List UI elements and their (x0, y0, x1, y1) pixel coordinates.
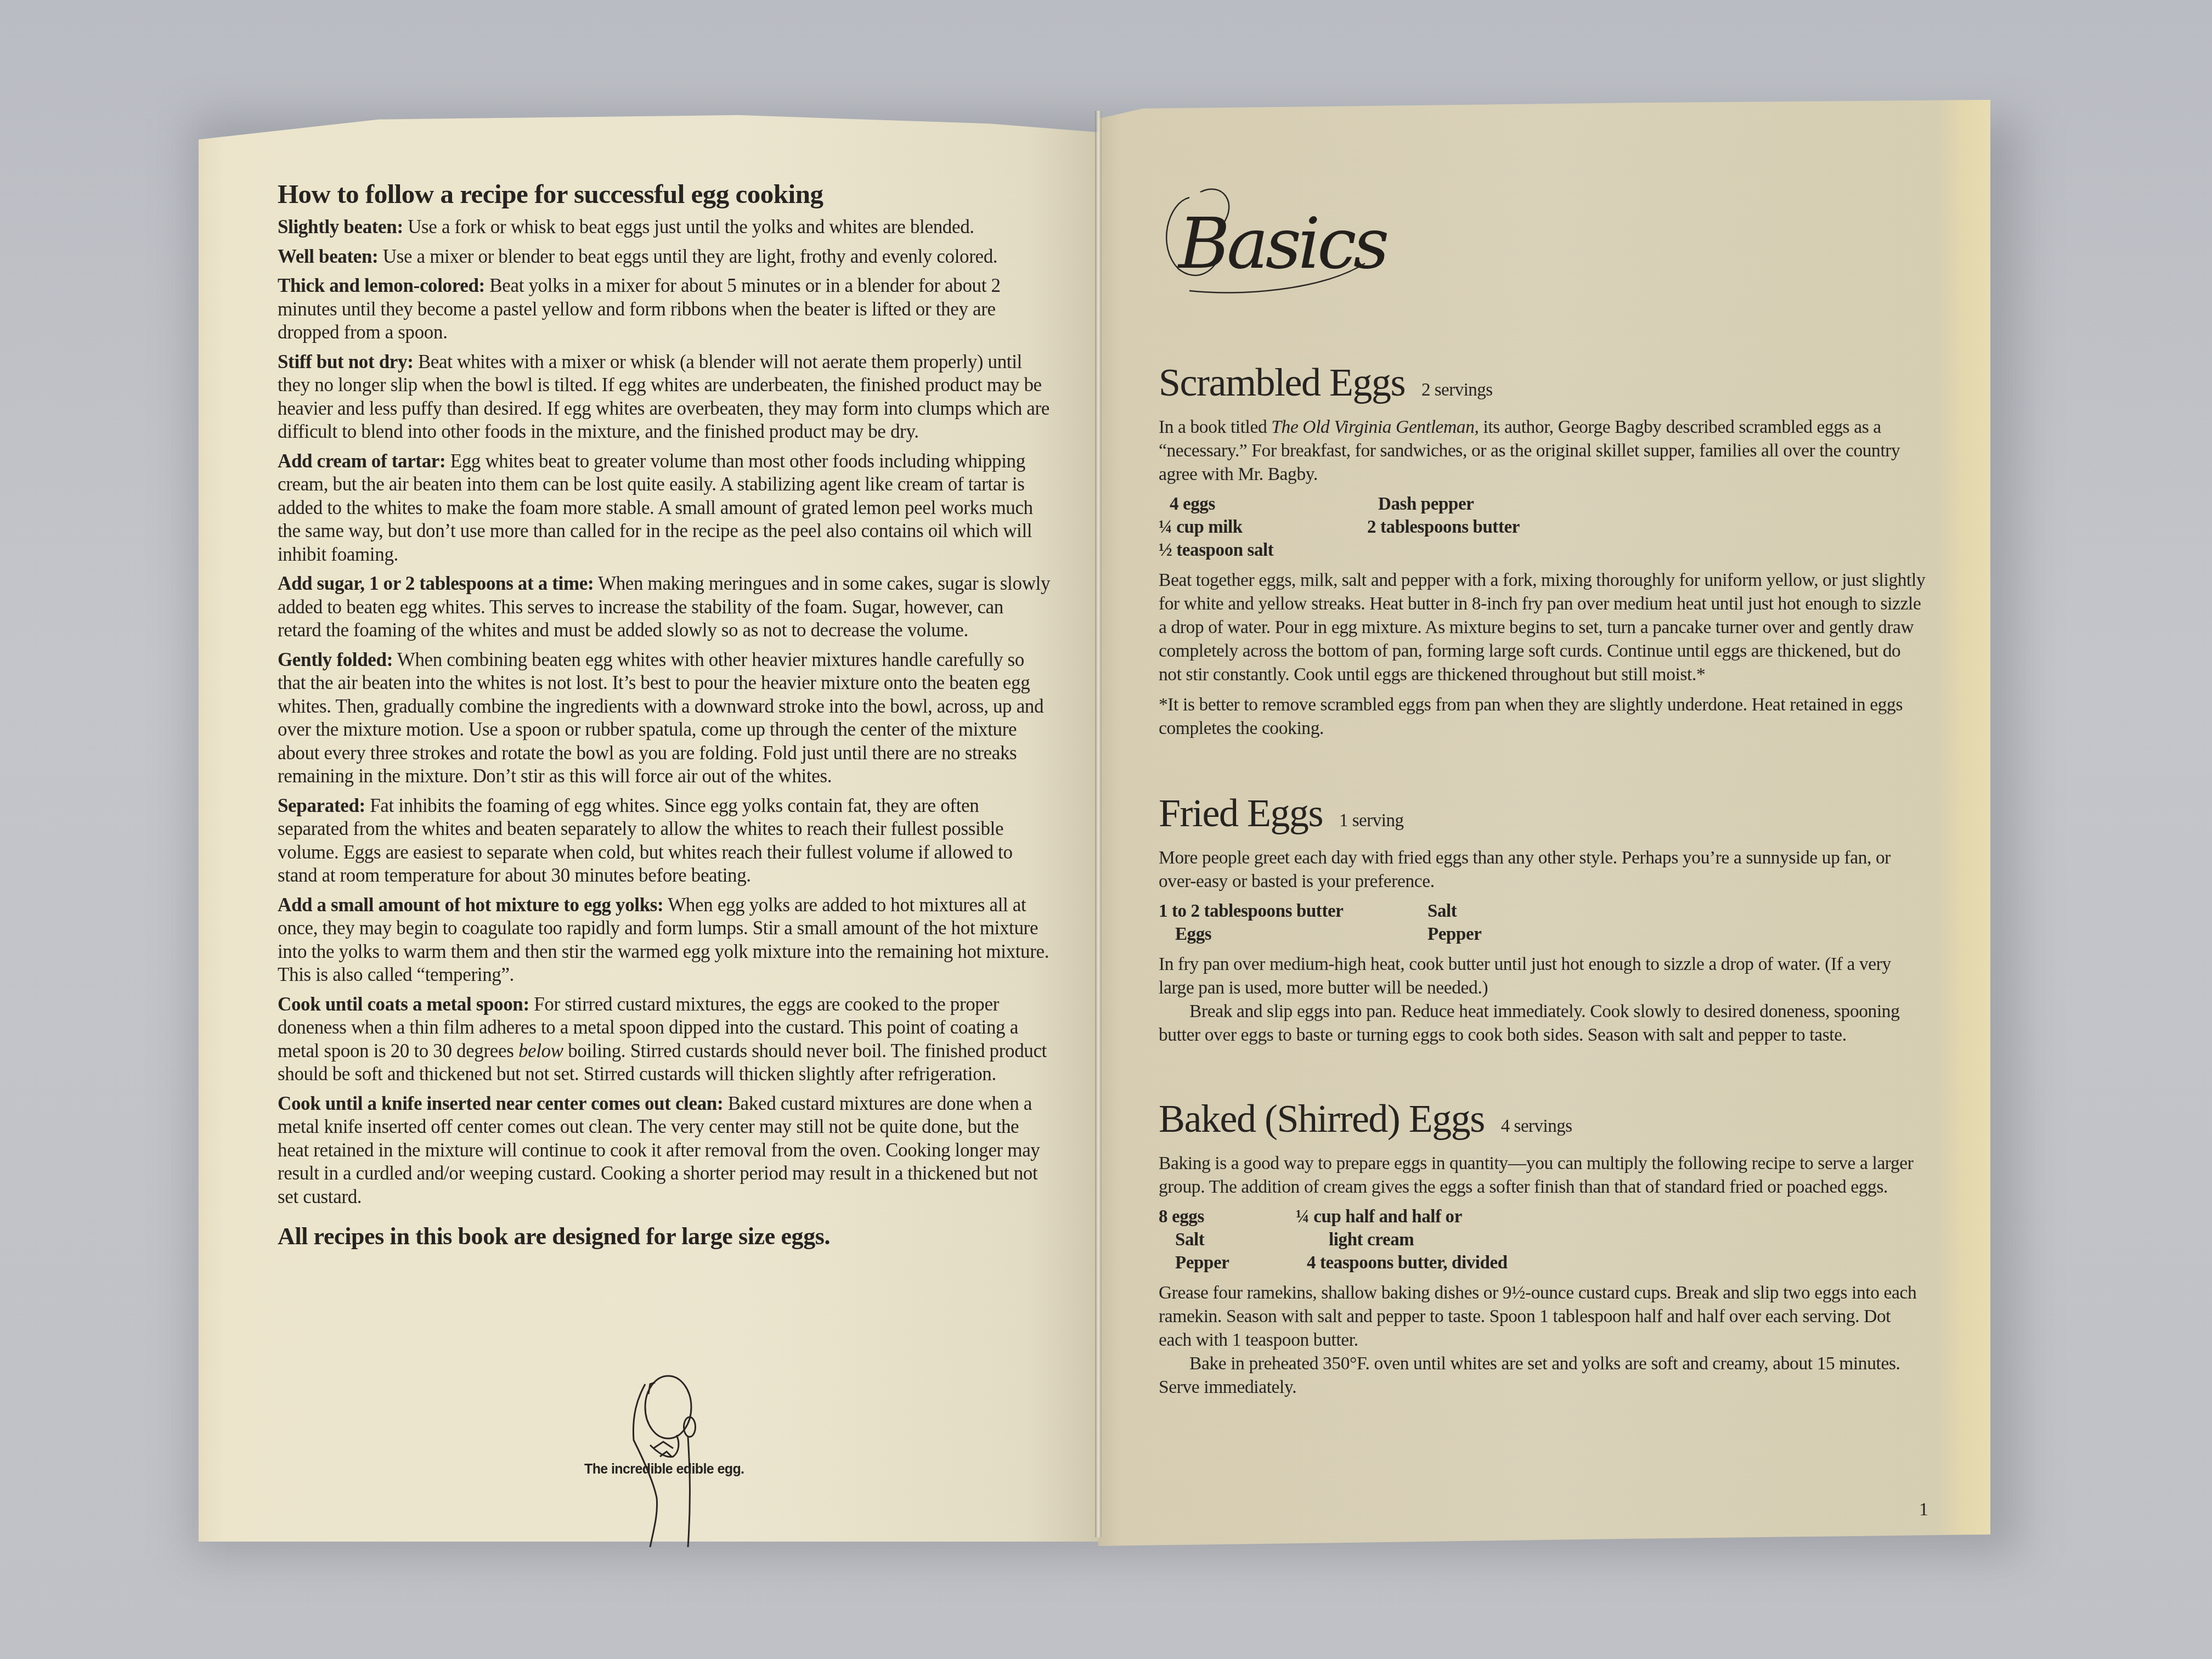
section-title: Basics (1156, 181, 1387, 307)
book-gutter (1095, 111, 1102, 1537)
page-number: 1 (1919, 1499, 1928, 1520)
ingredient: 1 to 2 tablespoons butter (1159, 900, 1427, 923)
tip-term: Stiff but not dry: (278, 351, 413, 373)
tip-item: Well beaten: Use a mixer or blender to b… (278, 245, 1051, 269)
intro-text: In a book titled (1159, 417, 1267, 437)
ingredient (1367, 539, 1598, 562)
tip-term: Separated: (278, 795, 365, 816)
tip-item: Slightly beaten: Use a fork or whisk to … (278, 216, 1051, 239)
ingredient: Salt (1427, 900, 1647, 923)
ingredients-list: 4 eggs Dash pepper ¼ cup milk 2 tablespo… (1159, 493, 1927, 562)
recipe-scrambled-eggs: Scrambled Eggs2 servings In a book title… (1159, 359, 1927, 747)
large-eggs-note: All recipes in this book are designed fo… (278, 1222, 1051, 1250)
tip-term: Add a small amount of hot mixture to egg… (278, 894, 663, 916)
ingredient: light cream (1296, 1228, 1570, 1251)
servings: 4 servings (1501, 1116, 1572, 1136)
egg-cooking-tips: How to follow a recipe for successful eg… (278, 178, 1051, 1250)
tip-term: Slightly beaten: (278, 216, 403, 238)
ingredients-list: 8 eggs ¼ cup half and half or Salt light… (1159, 1205, 1927, 1274)
recipe-intro: Baking is a good way to prepare eggs in … (1159, 1152, 1927, 1199)
tip-term: Add cream of tartar: (278, 450, 445, 472)
ingredient: 2 tablespoons butter (1367, 516, 1598, 539)
ingredient: 4 teaspoons butter, divided (1296, 1251, 1570, 1274)
tip-item: Separated: Fat inhibits the foaming of e… (278, 794, 1051, 888)
tip-item: Add cream of tartar: Egg whites beat to … (278, 450, 1051, 567)
tip-item: Add sugar, 1 or 2 tablespoons at a time:… (278, 572, 1051, 642)
tip-term: Well beaten: (278, 246, 378, 267)
ingredient: ¼ cup milk (1159, 516, 1367, 539)
tip-term: Thick and lemon-colored: (278, 275, 485, 296)
intro-text: its author, George Bagby described scram… (1159, 417, 1900, 484)
tip-item: Add a small amount of hot mixture to egg… (278, 894, 1051, 987)
tip-text: When combining beaten egg whites with ot… (278, 649, 1043, 787)
recipe-title: Baked (Shirred) Eggs4 servings (1159, 1096, 1927, 1149)
tip-term: Cook until a knife inserted near center … (278, 1093, 723, 1114)
recipe-name: Fried Eggs (1159, 791, 1323, 835)
recipe-title: Fried Eggs1 serving (1159, 790, 1927, 844)
recipe-directions: Beat together eggs, milk, salt and peppe… (1159, 568, 1927, 686)
tip-item: Gently folded: When combining beaten egg… (278, 648, 1051, 788)
ingredient: ¼ cup half and half or (1296, 1205, 1570, 1228)
recipe-directions: Bake in preheated 350°F. oven until whit… (1159, 1352, 1927, 1399)
recipe-name: Scrambled Eggs (1159, 360, 1405, 404)
recipe-name: Baked (Shirred) Eggs (1159, 1097, 1485, 1141)
recipe-directions: Break and slip eggs into pan. Reduce hea… (1159, 1000, 1927, 1047)
recipe-note: *It is better to remove scrambled eggs f… (1159, 693, 1927, 740)
tip-item: Thick and lemon-colored: Beat yolks in a… (278, 274, 1051, 345)
recipe-baked-eggs: Baked (Shirred) Eggs4 servings Baking is… (1159, 1096, 1927, 1406)
recipe-intro: In a book titled The Old Virginia Gentle… (1159, 415, 1927, 486)
ingredient: Pepper (1159, 1251, 1296, 1274)
tip-term: Gently folded: (278, 649, 393, 670)
ingredient: Eggs (1159, 923, 1427, 946)
ingredient: ½ teaspoon salt (1159, 539, 1367, 562)
tip-emphasis: below (518, 1040, 563, 1062)
ingredient: 8 eggs (1159, 1205, 1296, 1228)
recipe-fried-eggs: Fried Eggs1 serving More people greet ea… (1159, 790, 1927, 1053)
ingredient: Dash pepper (1367, 493, 1598, 516)
tips-title: How to follow a recipe for successful eg… (278, 178, 1051, 210)
tip-item: Cook until a knife inserted near center … (278, 1092, 1051, 1209)
recipe-intro: More people greet each day with fried eg… (1159, 846, 1927, 893)
hand-holding-egg-icon (625, 1366, 708, 1547)
book-title: The Old Virginia Gentleman, (1271, 417, 1479, 437)
tip-term: Add sugar, 1 or 2 tablespoons at a time: (278, 573, 594, 594)
servings: 1 serving (1339, 811, 1403, 831)
tip-text: Use a mixer or blender to beat eggs unti… (383, 246, 997, 267)
servings: 2 servings (1421, 380, 1493, 400)
tip-text: Fat inhibits the foaming of egg whites. … (278, 795, 1013, 887)
tip-text: Use a fork or whisk to beat eggs just un… (408, 216, 974, 238)
ingredient: Pepper (1427, 923, 1647, 946)
egg-slogan: The incredible edible egg. (584, 1462, 744, 1477)
tip-item: Stiff but not dry: Beat whites with a mi… (278, 351, 1051, 444)
recipe-directions: In fry pan over medium-high heat, cook b… (1159, 952, 1927, 1000)
recipe-title: Scrambled Eggs2 servings (1159, 359, 1927, 413)
ingredient: 4 eggs (1159, 493, 1367, 516)
ingredient: Salt (1159, 1228, 1296, 1251)
ingredients-list: 1 to 2 tablespoons butter Salt Eggs Pepp… (1159, 900, 1927, 946)
basics-heading: Basics (1178, 203, 1386, 285)
tip-term: Cook until coats a metal spoon: (278, 994, 529, 1015)
recipe-directions: Grease four ramekins, shallow baking dis… (1159, 1281, 1927, 1352)
tip-item: Cook until coats a metal spoon: For stir… (278, 993, 1051, 1086)
